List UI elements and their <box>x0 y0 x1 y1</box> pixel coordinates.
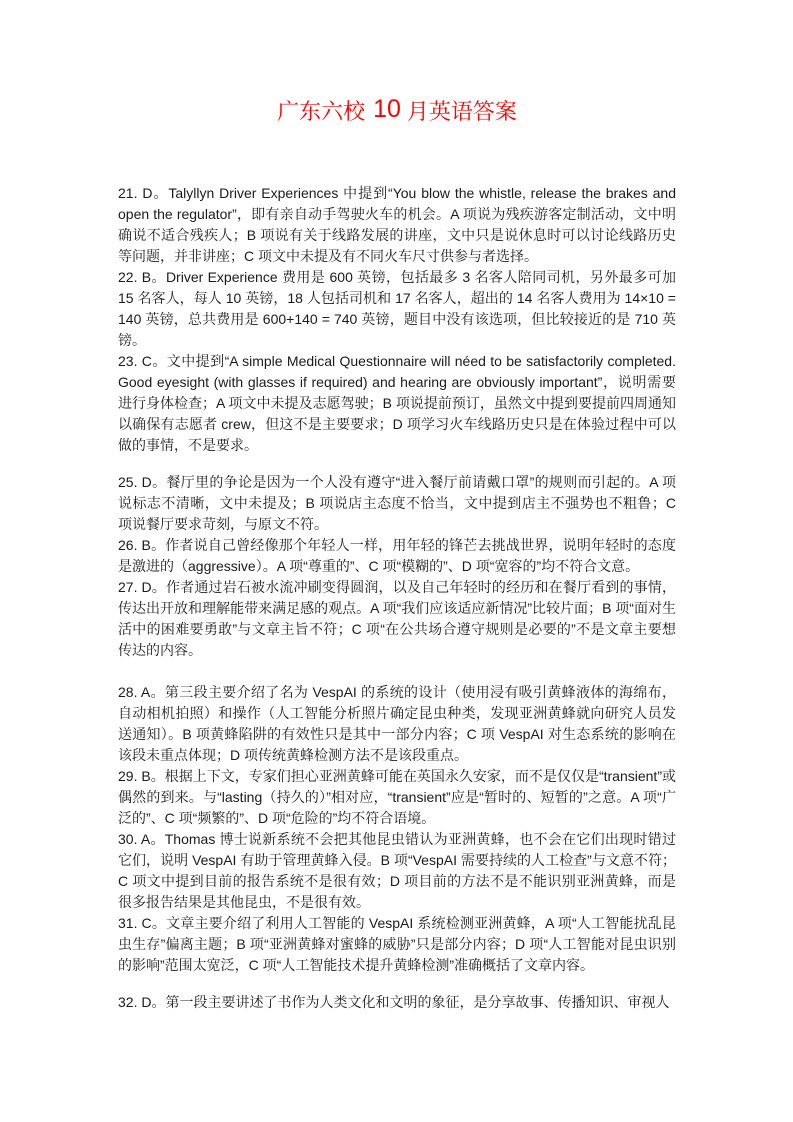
answer-item-27: 27. D。作者通过岩石被水流冲刷变得圆润，以及自己年轻时的经历和在餐厅看到的事… <box>118 577 676 661</box>
answer-item-29: 29. B。根据上下文，专家们担心亚洲黄蜂可能在英国永久安家，而不是仅仅是“tr… <box>118 766 676 829</box>
document-content: 广东六校10月英语答案 21. D。Talyllyn Driver Experi… <box>118 0 676 1013</box>
page-title: 广东六校10月英语答案 <box>118 96 676 125</box>
blank-line <box>118 456 676 472</box>
answer-item-25: 25. D。餐厅里的争论是因为一个人没有遵守“进入餐厅前请戴口罩”的规则而引起的… <box>118 472 676 535</box>
blank-line <box>118 661 676 682</box>
blank-line <box>118 976 676 992</box>
answer-item-30: 30. A。Thomas 博士说新系统不会把其他昆虫错认为亚洲黄蜂，也不会在它们… <box>118 829 676 913</box>
page-title-suffix: 月英语答案 <box>407 99 517 124</box>
answer-item-32: 32. D。第一段主要讲述了书作为人类文化和文明的象征，是分享故事、传播知识、审… <box>118 992 676 1013</box>
answer-item-21: 21. D。Talyllyn Driver Experiences 中提到“Yo… <box>118 183 676 267</box>
page-title-number: 10 <box>373 95 401 123</box>
answer-item-31: 31. C。文章主要介绍了利用人工智能的 VespAI 系统检测亚洲黄蜂，A 项… <box>118 913 676 976</box>
document-page: 广东六校10月英语答案 21. D。Talyllyn Driver Experi… <box>0 0 793 1122</box>
answer-item-22: 22. B。Driver Experience 费用是 600 英镑，包括最多 … <box>118 267 676 351</box>
answers-section: 21. D。Talyllyn Driver Experiences 中提到“Yo… <box>118 183 676 1013</box>
answer-item-26: 26. B。作者说自己曾经像那个年轻人一样，用年轻的锋芒去挑战世界，说明年轻时的… <box>118 535 676 577</box>
page-title-prefix: 广东六校 <box>277 99 365 124</box>
answer-item-23: 23. C。文中提到“A simple Medical Questionnair… <box>118 351 676 456</box>
answer-item-28: 28. A。第三段主要介绍了名为 VespAI 的系统的设计（使用浸有吸引黄蜂液… <box>118 682 676 766</box>
